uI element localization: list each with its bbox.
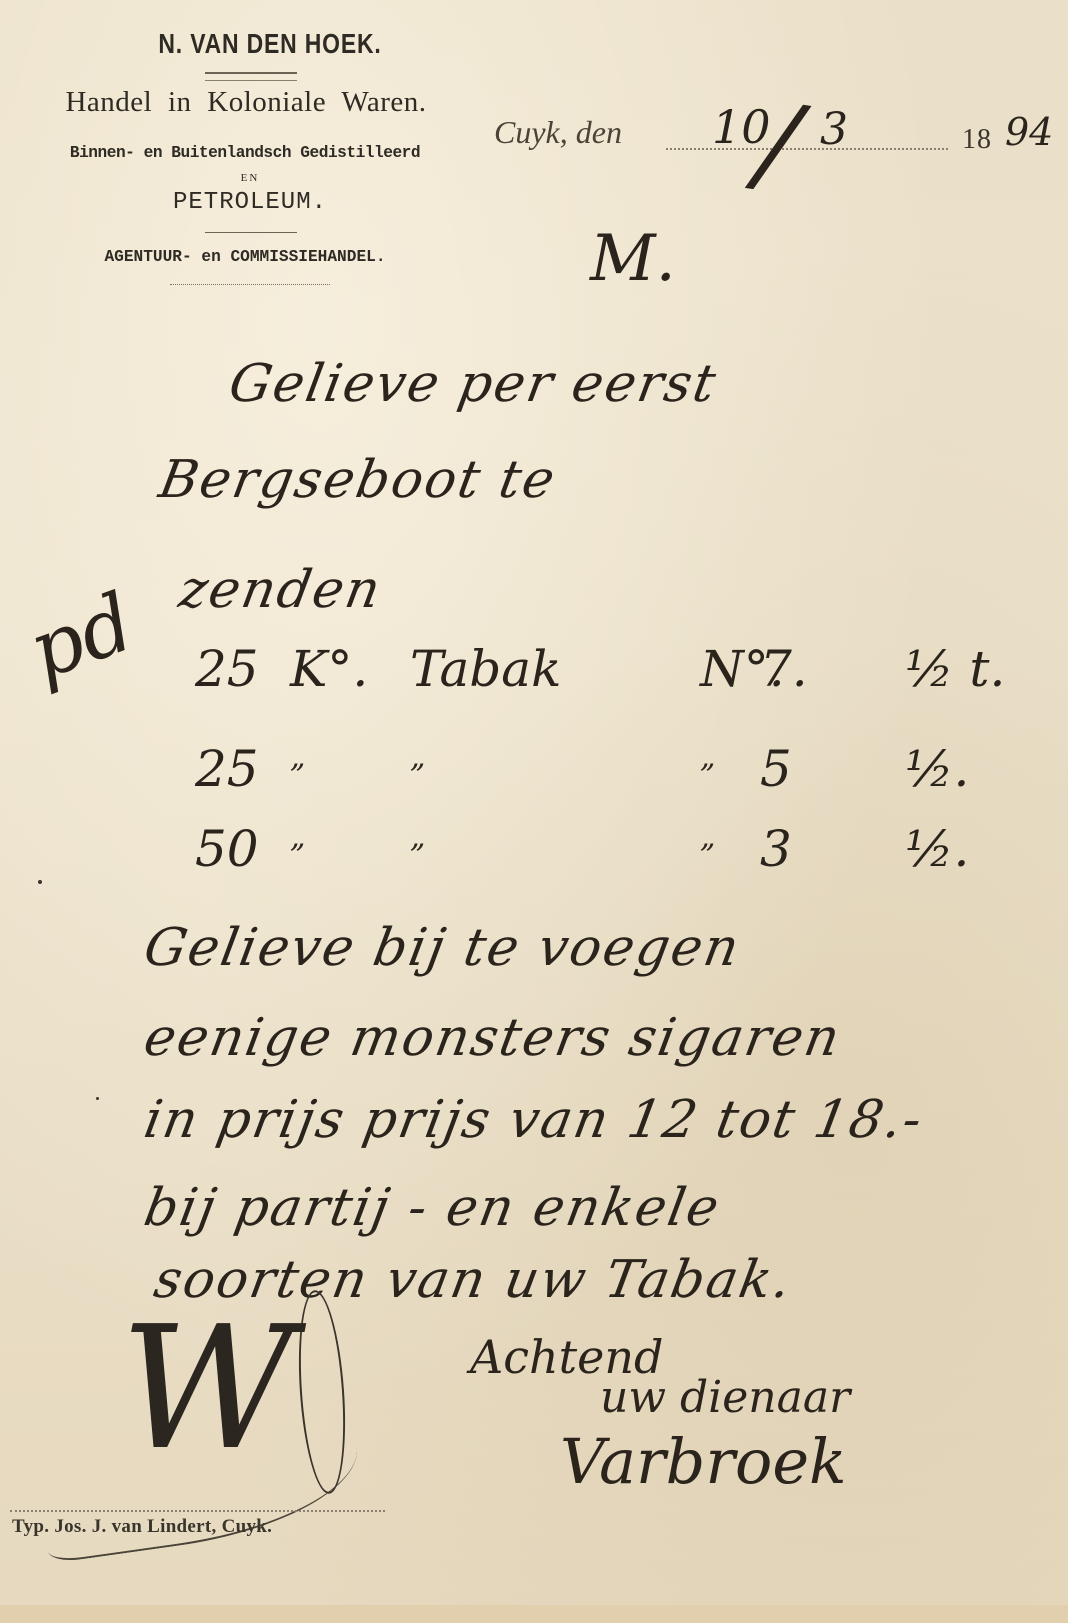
intro-line: zenden (175, 560, 387, 620)
date-month: 3 (820, 104, 848, 155)
signature-mark: W (120, 1290, 277, 1488)
order-qty: 25 (195, 740, 259, 798)
order-item-row: 25 „ „ „ 5 ½. (0, 740, 1068, 810)
intro-line: Gelieve per eerst (225, 354, 722, 414)
letterhead-double-rule (205, 72, 297, 81)
closing-signature: Varbroek (560, 1425, 847, 1498)
order-item-row: 50 „ „ „ 3 ½. (0, 820, 1068, 890)
ditto-mark: „ (700, 740, 716, 775)
ink-speck (38, 880, 42, 884)
scan-border (0, 1605, 1068, 1623)
letterhead-petroleum: PETROLEUM. (100, 189, 400, 216)
order-fraction: ½. (905, 740, 969, 798)
letterhead-name: N. VAN DEN HOEK. (106, 28, 434, 60)
letterhead-rule (205, 232, 297, 233)
order-number: 7. (760, 640, 808, 698)
order-item-row: 25 K°. Tabak N°. 7. ½ t. (0, 640, 1068, 710)
dateline-dotted-line (666, 148, 948, 150)
date-year-handwritten: 94 (1005, 110, 1053, 154)
request-line: bij partij - en enkele (140, 1178, 725, 1238)
ditto-mark: „ (410, 820, 426, 855)
order-number: 5 (760, 740, 792, 798)
order-item: Tabak (410, 640, 561, 698)
order-qty: 25 (195, 640, 259, 698)
date-slash-stroke: / (751, 78, 806, 210)
ditto-mark: „ (290, 740, 306, 775)
postcard: N. VAN DEN HOEK. Handel in Koloniale War… (0, 0, 1068, 1605)
letterhead-connector: EN (200, 172, 300, 184)
dateline-place: Cuyk, den (494, 114, 622, 151)
salutation: M. (590, 222, 676, 296)
order-fraction: ½ t. (905, 640, 1005, 698)
order-qty: 50 (195, 820, 259, 878)
request-line: Gelieve bij te voegen (140, 918, 745, 978)
letterhead-trade: Handel in Koloniale Waren. (2, 86, 490, 119)
request-line: in prijs prijs van 12 tot 18.- (140, 1090, 928, 1150)
printer-credit: Typ. Jos. J. van Lindert, Cuyk. (12, 1516, 272, 1538)
request-line: eenige monsters sigaren (140, 1008, 846, 1068)
letterhead-spirits-line: Binnen- en Buitenlandsch Gedistilleerd (41, 144, 450, 163)
intro-line: Bergseboot te (155, 450, 561, 510)
ditto-mark: „ (410, 740, 426, 775)
order-number: 3 (760, 820, 792, 878)
letterhead-wavy-rule (170, 284, 330, 285)
ditto-mark: „ (700, 820, 716, 855)
order-unit: K°. (290, 640, 368, 698)
letterhead-agency: AGENTUUR- en COMMISSIEHANDEL. (41, 248, 450, 267)
date-year-printed: 18 (962, 124, 992, 156)
ditto-mark: „ (290, 820, 306, 855)
order-fraction: ½. (905, 820, 969, 878)
ink-speck (96, 1097, 99, 1100)
printer-wavy-rule (10, 1510, 385, 1512)
closing-line: uw dienaar (600, 1372, 850, 1423)
